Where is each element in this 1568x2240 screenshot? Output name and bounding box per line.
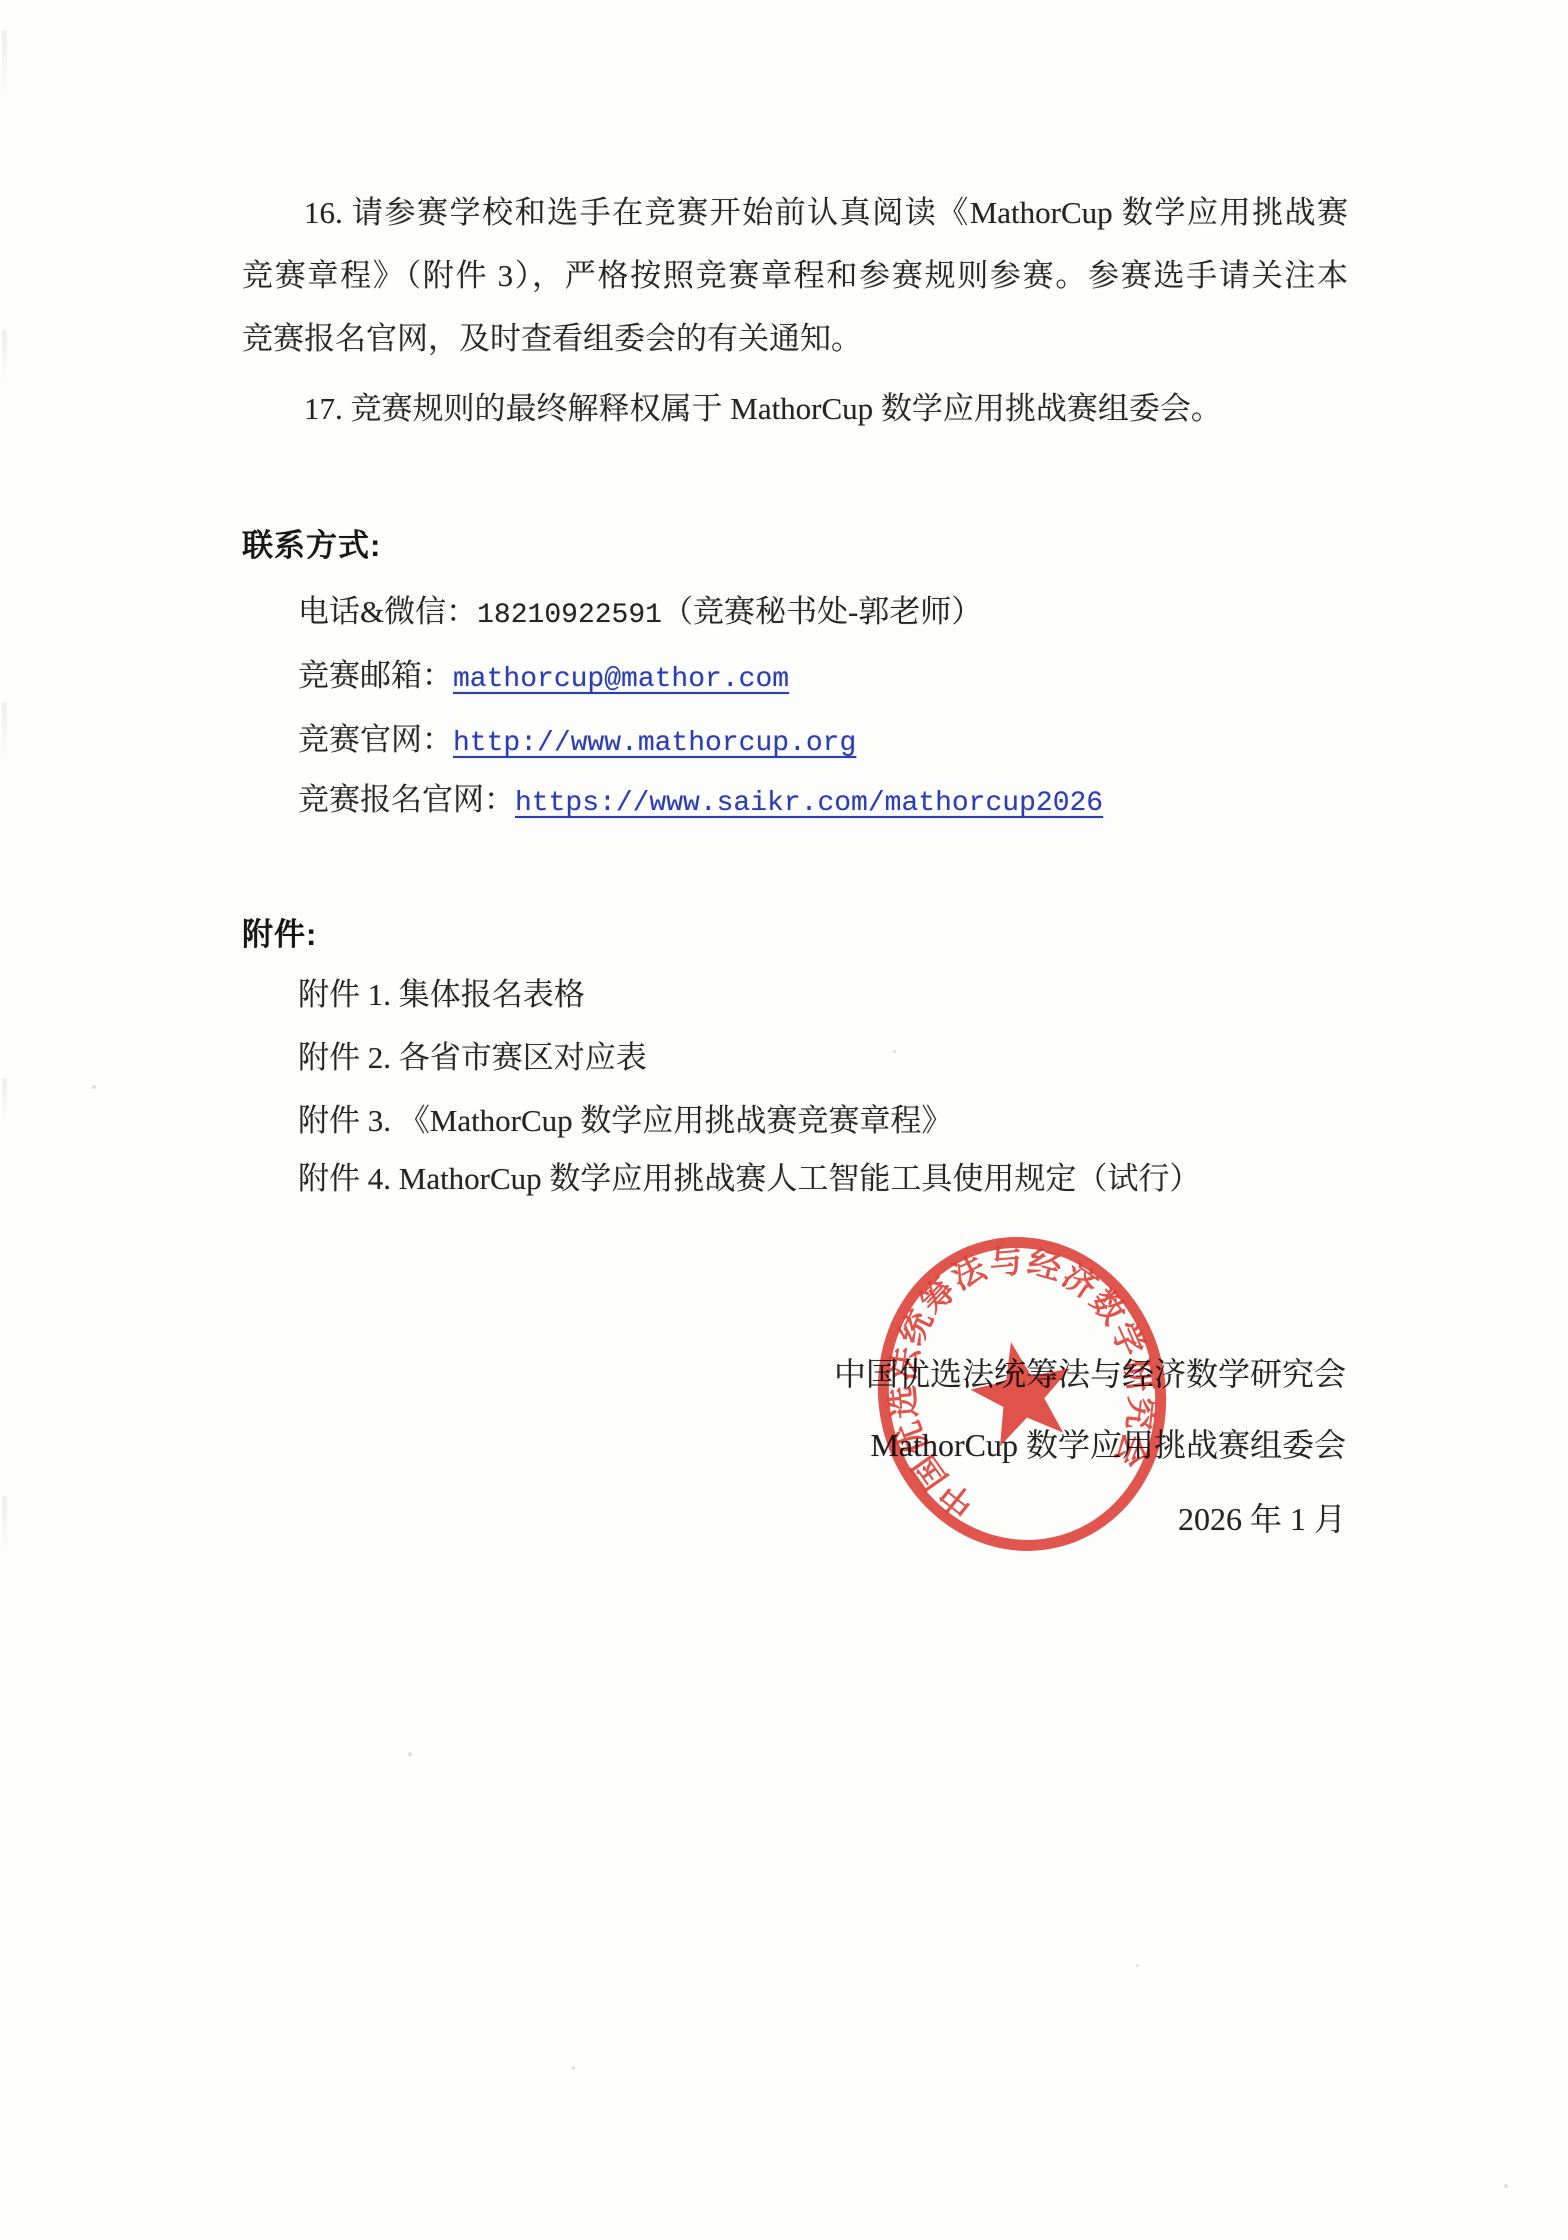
scan-artifact xyxy=(1136,1964,1139,1967)
attachment-item-3: 附件 3. 《MathorCup 数学应用挑战赛竞赛章程》 xyxy=(298,1099,952,1143)
attachment-item-1: 附件 1. 集体报名表格 xyxy=(298,973,585,1017)
scan-artifact xyxy=(2,702,7,762)
paragraph-16-line-3: 竞赛报名官网，及时查看组委会的有关通知。 xyxy=(242,307,1348,370)
paragraph-17-line-1: 17. 竞赛规则的最终解释权属于 MathorCup 数学应用挑战赛组委会。 xyxy=(242,377,1348,440)
scan-artifact xyxy=(2,330,7,382)
paragraph-16: 16. 请参赛学校和选手在竞赛开始前认真阅读《MathorCup 数学应用挑战赛… xyxy=(242,181,1348,370)
phone-note: （竞赛秘书处-郭老师） xyxy=(662,594,982,629)
document-page: 16. 请参赛学校和选手在竞赛开始前认真阅读《MathorCup 数学应用挑战赛… xyxy=(0,0,1568,2240)
signup-label: 竞赛报名官网： xyxy=(298,782,515,817)
official-seal: 中国优选法统筹法与经济数学研究会 xyxy=(827,1188,1217,1600)
scan-artifact xyxy=(2,1078,7,1124)
contact-heading: 联系方式: xyxy=(242,524,381,568)
website-label: 竞赛官网： xyxy=(298,722,453,757)
paragraph-17: 17. 竞赛规则的最终解释权属于 MathorCup 数学应用挑战赛组委会。 xyxy=(242,377,1348,440)
paragraph-16-line-2: 竞赛章程》（附件 3），严格按照竞赛章程和参赛规则参赛。参赛选手请关注本 xyxy=(242,244,1348,307)
scan-artifact xyxy=(1504,2184,1508,2188)
scan-artifact xyxy=(408,1752,412,1757)
attachments-heading: 附件: xyxy=(242,913,317,957)
attachment-item-2: 附件 2. 各省市赛区对应表 xyxy=(298,1036,647,1080)
scan-artifact xyxy=(2,1496,7,1554)
scan-artifact xyxy=(572,2066,575,2070)
contact-row-website: 竞赛官网：http://www.mathorcup.org xyxy=(298,718,856,766)
scan-artifact xyxy=(893,1050,896,1053)
contact-row-email: 竞赛邮箱：mathorcup@mathor.com xyxy=(298,654,789,702)
attachment-item-4: 附件 4. MathorCup 数学应用挑战赛人工智能工具使用规定（试行） xyxy=(298,1157,1200,1201)
contact-row-phone: 电话&微信：18210922591（竞赛秘书处-郭老师） xyxy=(298,590,982,638)
email-label: 竞赛邮箱： xyxy=(298,658,453,693)
phone-label: 电话&微信： xyxy=(298,594,477,629)
paragraph-16-line-1: 16. 请参赛学校和选手在竞赛开始前认真阅读《MathorCup 数学应用挑战赛 xyxy=(242,181,1348,244)
star-icon xyxy=(963,1331,1083,1449)
scan-artifact xyxy=(92,1085,96,1089)
website-link[interactable]: http://www.mathorcup.org xyxy=(453,728,856,759)
email-link[interactable]: mathorcup@mathor.com xyxy=(453,664,789,695)
contact-row-signup: 竞赛报名官网：https://www.saikr.com/mathorcup20… xyxy=(298,778,1103,826)
signup-link[interactable]: https://www.saikr.com/mathorcup2026 xyxy=(515,788,1103,819)
phone-number: 18210922591 xyxy=(477,600,662,631)
scan-artifact xyxy=(2,30,7,100)
